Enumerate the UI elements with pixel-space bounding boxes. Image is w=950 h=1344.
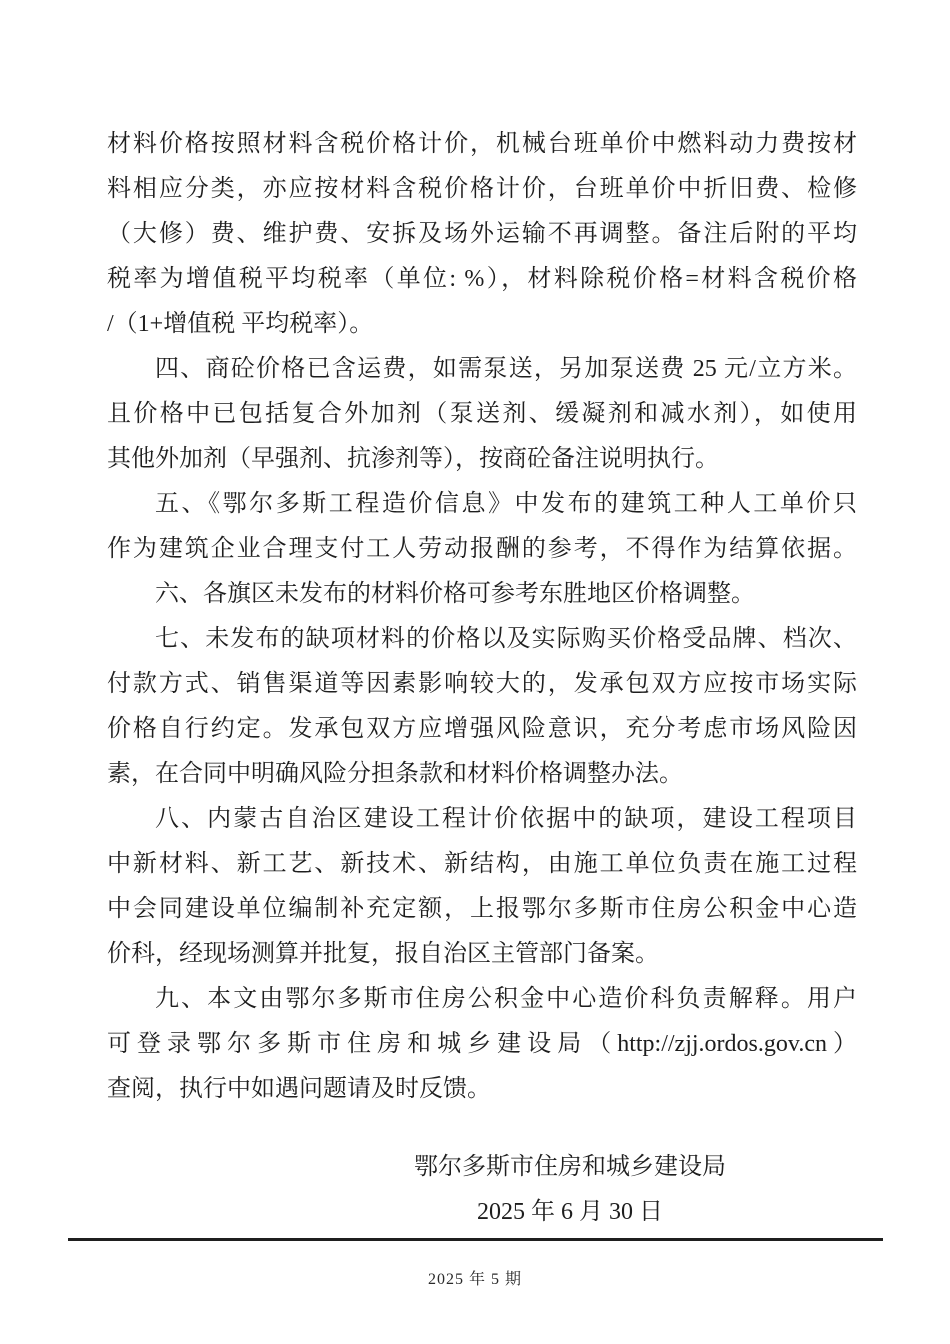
body-line: 料相应分类，亦应按材料含税价格计价，台班单价中折旧费、检修 [107, 167, 857, 212]
body-line: 七、未发布的缺项材料的价格以及实际购买价格受品牌、档次、 [107, 617, 857, 662]
paragraph: 七、未发布的缺项材料的价格以及实际购买价格受品牌、档次、付款方式、销售渠道等因素… [107, 617, 857, 797]
paragraph: 九、本文由鄂尔多斯市住房公积金中心造价科负责解释。用户可登录鄂尔多斯市住房和城乡… [107, 977, 857, 1112]
body-line: /（1+增值税 平均税率）。 [107, 302, 857, 347]
body-line: 四、商砼价格已含运费，如需泵送，另加泵送费 25 元/立方米。 [107, 347, 857, 392]
body-line: 五、《鄂尔多斯工程造价信息》中发布的建筑工种人工单价只 [107, 482, 857, 527]
signature-organization: 鄂尔多斯市住房和城乡建设局 [195, 1145, 945, 1190]
body-line: 付款方式、销售渠道等因素影响较大的，发承包双方应按市场实际 [107, 662, 857, 707]
signature-block: 鄂尔多斯市住房和城乡建设局 2025 年 6 月 30 日 [195, 1145, 945, 1235]
body-line: （大修）费、维护费、安拆及场外运输不再调整。备注后附的平均 [107, 212, 857, 257]
body-line: 中新材料、新工艺、新技术、新结构，由施工单位负责在施工过程 [107, 842, 857, 887]
body-line: 税率为增值税平均税率（单位: %），材料除税价格=材料含税价格 [107, 257, 857, 302]
body-line: 中会同建设单位编制补充定额，上报鄂尔多斯市住房公积金中心造 [107, 887, 857, 932]
body-line: 价格自行约定。发承包双方应增强风险意识，充分考虑市场风险因 [107, 707, 857, 752]
body-line: 素，在合同中明确风险分担条款和材料价格调整办法。 [107, 752, 857, 797]
body-line: 其他外加剂（早强剂、抗渗剂等），按商砼备注说明执行。 [107, 437, 857, 482]
footer-divider [68, 1238, 883, 1241]
paragraph: 五、《鄂尔多斯工程造价信息》中发布的建筑工种人工单价只作为建筑企业合理支付工人劳… [107, 482, 857, 572]
footer-issue: 2025 年 5 期 [0, 1266, 950, 1289]
paragraph: 六、各旗区未发布的材料价格可参考东胜地区价格调整。 [107, 572, 857, 617]
body-line: 六、各旗区未发布的材料价格可参考东胜地区价格调整。 [107, 572, 857, 617]
body-line: 八、内蒙古自治区建设工程计价依据中的缺项，建设工程项目 [107, 797, 857, 842]
body-line: 作为建筑企业合理支付工人劳动报酬的参考，不得作为结算依据。 [107, 527, 857, 572]
signature-date: 2025 年 6 月 30 日 [195, 1190, 945, 1235]
paragraph: 材料价格按照材料含税价格计价，机械台班单价中燃料动力费按材料相应分类，亦应按材料… [107, 122, 857, 347]
paragraph: 八、内蒙古自治区建设工程计价依据中的缺项，建设工程项目中新材料、新工艺、新技术、… [107, 797, 857, 977]
paragraph: 四、商砼价格已含运费，如需泵送，另加泵送费 25 元/立方米。且价格中已包括复合… [107, 347, 857, 482]
body-line: 材料价格按照材料含税价格计价，机械台班单价中燃料动力费按材 [107, 122, 857, 167]
body-line: 查阅，执行中如遇问题请及时反馈。 [107, 1067, 857, 1112]
document-body: 材料价格按照材料含税价格计价，机械台班单价中燃料动力费按材料相应分类，亦应按材料… [107, 122, 857, 1112]
body-line: 可登录鄂尔多斯市住房和城乡建设局（http://zjj.ordos.gov.cn… [107, 1022, 857, 1067]
document-page: 材料价格按照材料含税价格计价，机械台班单价中燃料动力费按材料相应分类，亦应按材料… [0, 0, 950, 1344]
body-line: 且价格中已包括复合外加剂（泵送剂、缓凝剂和减水剂），如使用 [107, 392, 857, 437]
body-line: 九、本文由鄂尔多斯市住房公积金中心造价科负责解释。用户 [107, 977, 857, 1022]
body-line: 价科，经现场测算并批复，报自治区主管部门备案。 [107, 932, 857, 977]
